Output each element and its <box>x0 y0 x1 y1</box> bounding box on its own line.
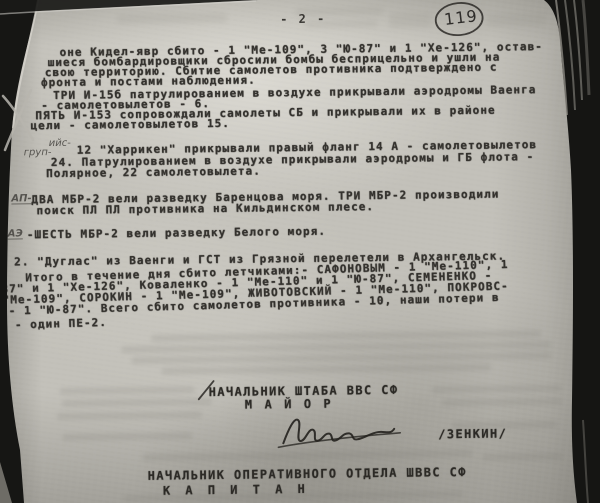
document-photo: - 2 - 119 оне Кидел-явр сбито - 1 "Ме-10… <box>0 0 600 503</box>
photo-edges <box>0 0 600 503</box>
